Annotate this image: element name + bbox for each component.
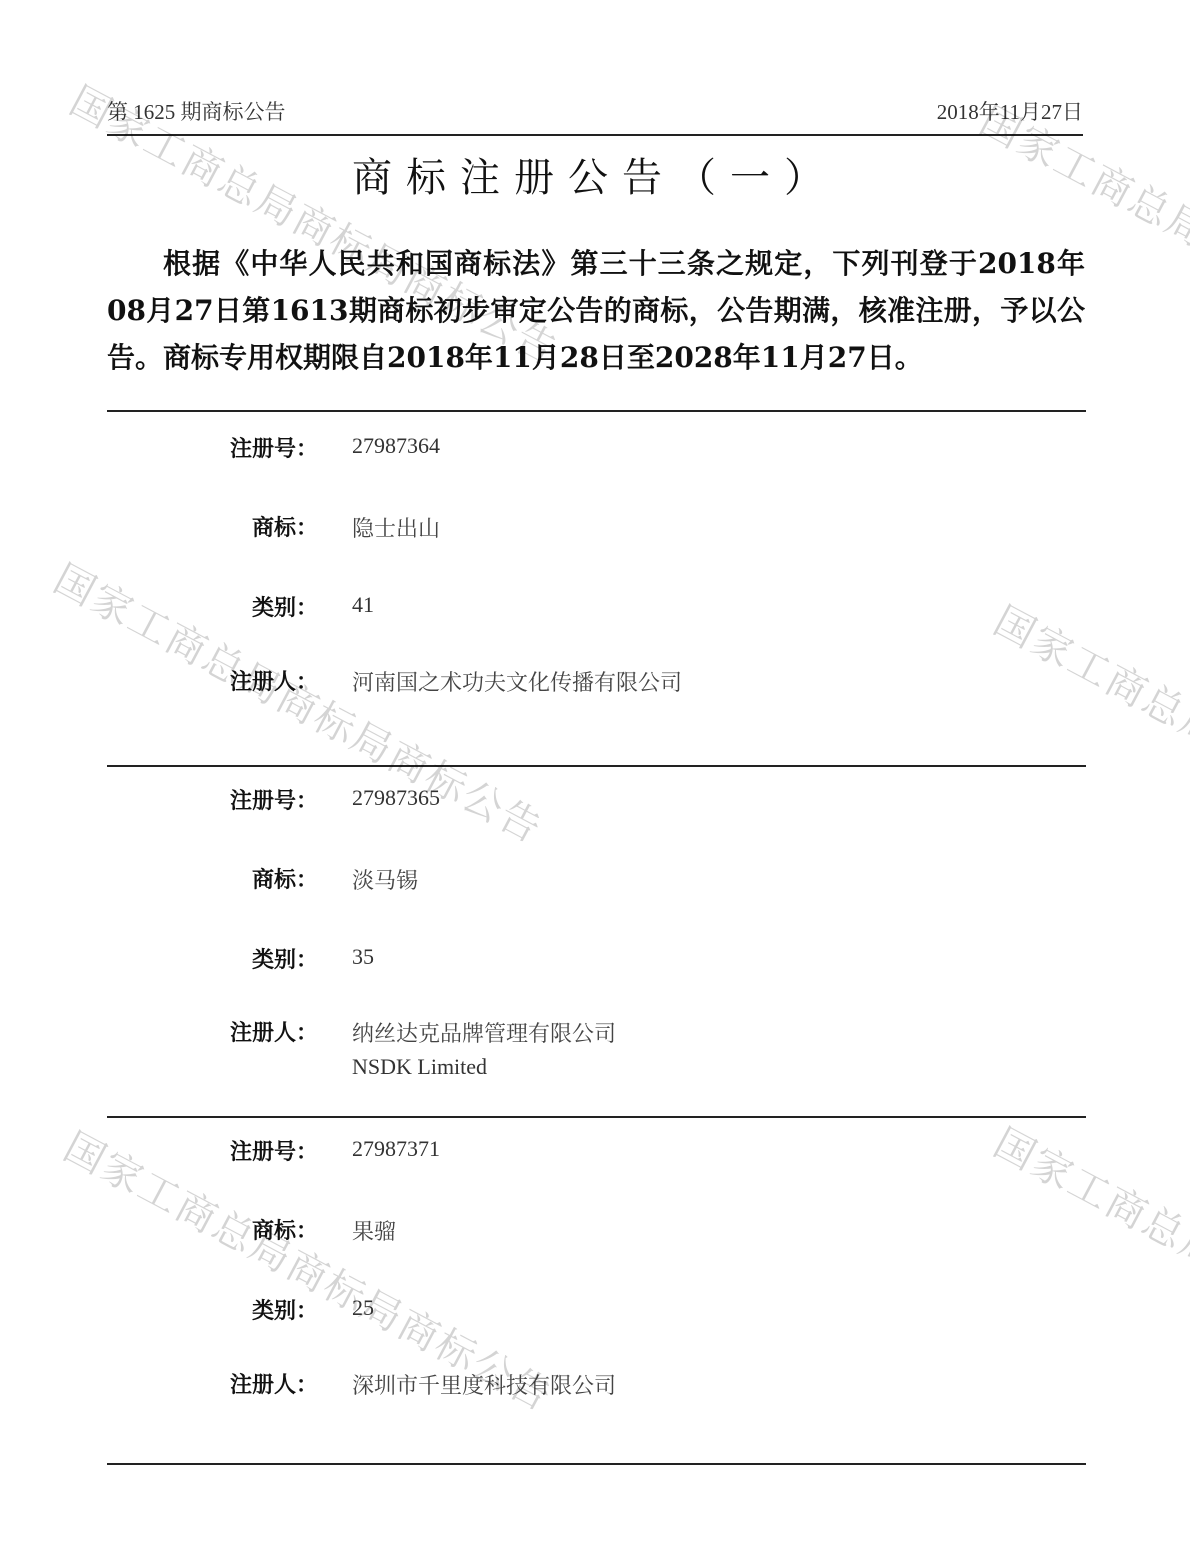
value-reg-no: 27987371 xyxy=(352,1136,440,1162)
watermark: 国家工商总局商标局商标公告 xyxy=(985,590,1190,897)
label-mark: 商标： xyxy=(252,1214,318,1245)
label-mark: 商标： xyxy=(252,511,318,542)
label-registrant: 注册人： xyxy=(230,1368,318,1399)
intro-paragraph: 根据《中华人民共和国商标法》第三十三条之规定，下列刊登于2018年08月27日第… xyxy=(107,240,1085,381)
issue-date: 2018年11月27日 xyxy=(937,96,1083,126)
page-title: 商标注册公告（一） xyxy=(0,146,1190,203)
divider xyxy=(107,765,1086,767)
value-class: 35 xyxy=(352,944,374,970)
value-mark: 隐士出山 xyxy=(352,512,440,543)
label-reg-no: 注册号： xyxy=(230,1135,318,1166)
value-class: 25 xyxy=(352,1295,374,1321)
divider xyxy=(107,410,1086,412)
field-mark: 商标： 淡马锡 xyxy=(0,863,1190,903)
value-registrant: 河南国之术功夫文化传播有限公司 xyxy=(352,666,682,697)
field-registrant: 注册人： 纳丝达克品牌管理有限公司 NSDK Limited xyxy=(0,1016,1190,1056)
value-reg-no: 27987365 xyxy=(352,785,440,811)
field-reg-no: 注册号： 27987371 xyxy=(0,1135,1190,1175)
field-registrant: 注册人： 河南国之术功夫文化传播有限公司 xyxy=(0,665,1190,705)
label-registrant: 注册人： xyxy=(230,665,318,696)
field-registrant: 注册人： 深圳市千里度科技有限公司 xyxy=(0,1368,1190,1408)
value-mark: 淡马锡 xyxy=(352,864,418,895)
value-reg-no: 27987364 xyxy=(352,433,440,459)
field-class: 类别： 41 xyxy=(0,591,1190,631)
value-registrant: 深圳市千里度科技有限公司 xyxy=(352,1369,616,1400)
label-registrant: 注册人： xyxy=(230,1016,318,1047)
field-mark: 商标： 果骝 xyxy=(0,1214,1190,1254)
issue-number: 第 1625 期商标公告 xyxy=(107,96,286,126)
field-class: 类别： 25 xyxy=(0,1294,1190,1334)
field-mark: 商标： 隐士出山 xyxy=(0,511,1190,551)
value-mark: 果骝 xyxy=(352,1215,396,1246)
page-header: 第 1625 期商标公告 2018年11月27日 xyxy=(107,94,1083,136)
label-reg-no: 注册号： xyxy=(230,432,318,463)
label-class: 类别： xyxy=(252,943,318,974)
label-reg-no: 注册号： xyxy=(230,784,318,815)
divider xyxy=(107,1116,1086,1118)
value-registrant: 纳丝达克品牌管理有限公司 xyxy=(352,1017,616,1048)
field-reg-no: 注册号： 27987364 xyxy=(0,432,1190,472)
divider xyxy=(107,1463,1086,1465)
value-registrant-en: NSDK Limited xyxy=(352,1054,487,1080)
value-class: 41 xyxy=(352,592,374,618)
label-class: 类别： xyxy=(252,591,318,622)
label-class: 类别： xyxy=(252,1294,318,1325)
label-mark: 商标： xyxy=(252,863,318,894)
field-class: 类别： 35 xyxy=(0,943,1190,983)
field-reg-no: 注册号： 27987365 xyxy=(0,784,1190,824)
